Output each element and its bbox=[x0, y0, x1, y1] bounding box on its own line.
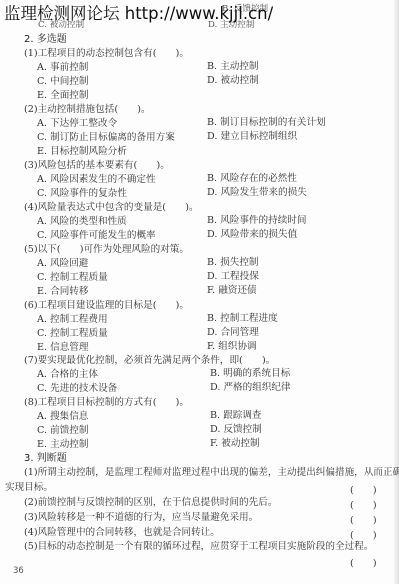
answer-blank[interactable]: ( ) bbox=[350, 555, 377, 569]
option: F. 被动控制 bbox=[210, 438, 260, 450]
option: C. 先进的技术设备 bbox=[37, 383, 117, 395]
option: C. 前馈控制 bbox=[37, 425, 88, 437]
option: C. 中间控制 bbox=[37, 76, 88, 88]
option: B. 跟踪调查 bbox=[210, 410, 262, 422]
option: C. 制订防止目标偏离的备用方案 bbox=[37, 132, 175, 144]
judge-item-4: (4)风险管理中的合同转移，也就是合同转让。 bbox=[24, 527, 220, 539]
option: E. 主动控制 bbox=[37, 439, 88, 451]
option: D. 反馈控制 bbox=[210, 424, 262, 436]
option: B. 制订目标控制的有关计划 bbox=[207, 117, 326, 129]
answer-blank[interactable]: ( ) bbox=[350, 527, 377, 541]
option: D. 被动控制 bbox=[207, 75, 259, 87]
option: A. 风险因素发生的不确定性 bbox=[37, 174, 156, 186]
section-title-multi: 2. 多选题 bbox=[24, 34, 67, 46]
judge-item-3: (3)风险转移是一种不道德的行为，应当尽量避免采用。 bbox=[24, 512, 258, 524]
question-stem: (7)要实现最优化控制，必须首先满足两个条件，即( )。 bbox=[24, 355, 275, 367]
question-stem: (5)以下( )可作为处理风险的对策。 bbox=[24, 244, 189, 256]
option: A. 控制工程费用 bbox=[37, 314, 108, 326]
option: E. 全面控制 bbox=[37, 90, 88, 102]
judge-item-5: (5)目标的动态控制是一个有限的循环过程，应贯穿于工程项目实施阶段的全过程。 bbox=[24, 541, 373, 553]
answer-blank[interactable]: ( ) bbox=[350, 482, 377, 496]
option: F. 组织协调 bbox=[207, 341, 257, 353]
option: F. 融资还债 bbox=[207, 285, 257, 297]
option: A. 风险的类型和性质 bbox=[37, 216, 127, 228]
option: D. 工程投保 bbox=[207, 271, 259, 283]
option: B. 控制工程进度 bbox=[207, 313, 278, 325]
page-edge bbox=[394, 0, 399, 584]
option: C. 风险事件的复杂性 bbox=[37, 188, 127, 200]
judge-item-1-cont: 实现目标。 bbox=[5, 482, 53, 494]
option: B. 主动控制 bbox=[207, 61, 259, 73]
option: C. 控制工程质量 bbox=[37, 272, 108, 284]
option: C. 风险事件可能发生的概率 bbox=[37, 230, 156, 242]
option: C. 控制工程质量 bbox=[37, 328, 108, 340]
option: A. 事前控制 bbox=[37, 62, 88, 74]
option: A. 下达停工整改令 bbox=[37, 118, 117, 130]
document-page: B. 反馈控制 C. 被动控制 D. 主动控制 监理检测网论坛 http://w… bbox=[0, 0, 399, 584]
option: D. 合同管理 bbox=[207, 327, 259, 339]
option: B. 损失控制 bbox=[207, 257, 259, 269]
question-stem: (1)工程项目的动态控制包含有( )。 bbox=[24, 48, 189, 60]
question-stem: (2)主动控制措施包括( )。 bbox=[24, 104, 151, 116]
option: B. 明确的系统目标 bbox=[210, 368, 290, 380]
option: B. 风险事件的持续时间 bbox=[207, 215, 307, 227]
option: B. 风险存在的必然性 bbox=[207, 173, 297, 185]
judge-item-2: (2)前馈控制与反馈控制的区别，在于信息提供时间的先后。 bbox=[24, 497, 277, 509]
option: E. 合同转移 bbox=[37, 286, 88, 298]
option: D. 严格的组织纪律 bbox=[210, 382, 291, 394]
section-title-judge: 3. 判断题 bbox=[24, 453, 67, 465]
answer-blank[interactable]: ( ) bbox=[350, 512, 377, 526]
option: E. 目标控制风险分析 bbox=[37, 146, 127, 158]
watermark: 监理检测网论坛 http://www.kjjl.cn/ bbox=[4, 4, 273, 24]
option: E. 信息管理 bbox=[37, 342, 88, 354]
option: A. 搜集信息 bbox=[37, 411, 88, 423]
option: D. 风险发生带来的损失 bbox=[207, 187, 307, 199]
question-stem: (4)风险量表达式中包含的变量是( )。 bbox=[24, 202, 199, 214]
option: D. 风险带来的损失值 bbox=[207, 229, 297, 241]
question-stem: (6)工程项目建设监理的目标是( )。 bbox=[24, 300, 189, 312]
option: A. 风险回避 bbox=[37, 258, 88, 270]
answer-blank[interactable]: ( ) bbox=[350, 497, 377, 511]
page-number: 36 bbox=[13, 566, 24, 576]
question-stem: (3)风险包括的基本要素有( )。 bbox=[24, 160, 170, 172]
judge-item-1: (1)所谓主动控制，是监理工程师对监理过程中出现的偏差，主动提出纠偏措施，从而正… bbox=[24, 467, 399, 479]
question-stem: (8)工程项目目标控制的方式有( )。 bbox=[24, 397, 189, 409]
option: A. 合格的主体 bbox=[37, 369, 98, 381]
option: D. 建立目标控制组织 bbox=[207, 131, 297, 143]
